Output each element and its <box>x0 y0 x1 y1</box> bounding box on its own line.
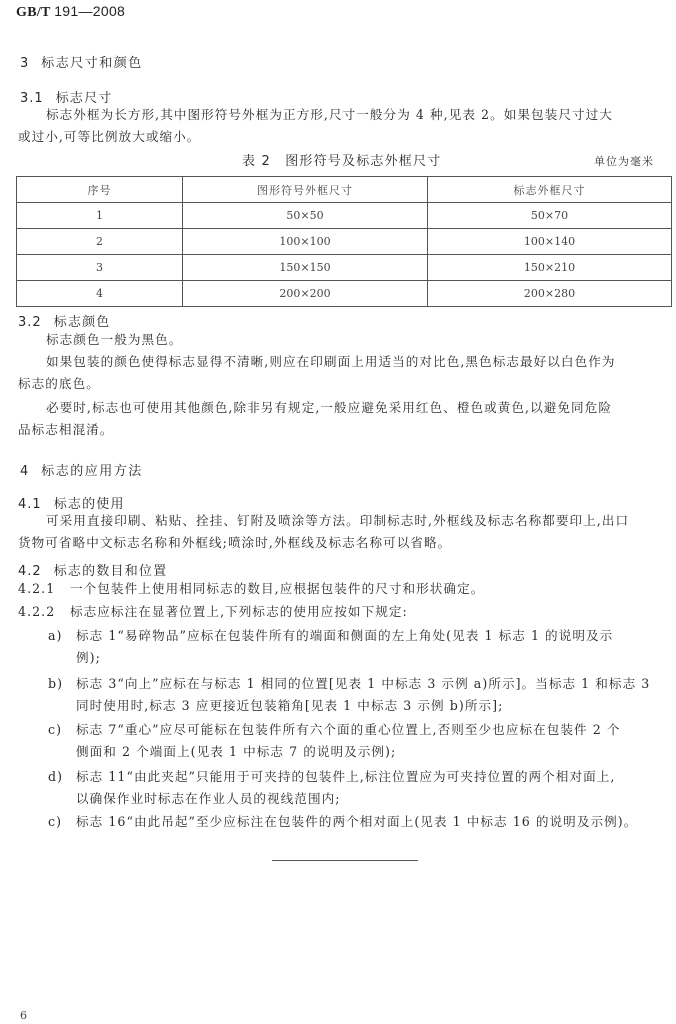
list-text: 标志 11“由此夹起”只能用于可夹持的包装件上,标注位置应为可夹持位置的两个相对… <box>76 769 615 784</box>
list-item: b)标志 3“向上”应标在与标志 1 相同的位置[见表 1 中标志 3 示例 a… <box>48 673 650 695</box>
section-number: 4.1 <box>18 497 42 512</box>
section-4-2-heading: 4.2标志的数目和位置 <box>18 560 167 579</box>
list-text: 标志 7“重心”应尽可能标在包装件所有六个面的重心位置上,否则至少也应标在包装件… <box>76 722 621 737</box>
list-item: a)标志 1“易碎物品”应标在包装件所有的端面和侧面的左上角处(见表 1 标志 … <box>48 625 613 647</box>
column-header: 图形符号外框尺寸 <box>183 177 428 203</box>
table-cell: 50×70 <box>428 203 672 229</box>
table-row: 1 50×50 50×70 <box>17 203 672 229</box>
list-text: 标志 3“向上”应标在与标志 1 相同的位置[见表 1 中标志 3 示例 a)所… <box>76 676 650 691</box>
table-header-row: 序号 图形符号外框尺寸 标志外框尺寸 <box>17 177 672 203</box>
paragraph-line: 标志外框为长方形,其中图形符号外框为正方形,尺寸一般分为 4 种,见表 2。如果… <box>46 104 613 126</box>
list-item: c)标志 7“重心”应尽可能标在包装件所有六个面的重心位置上,否则至少也应标在包… <box>48 719 621 741</box>
section-number: 3 <box>20 56 29 71</box>
standard-prefix: GB/T <box>16 5 50 20</box>
page-number: 6 <box>20 1009 27 1022</box>
table-cell: 1 <box>17 203 183 229</box>
section-number: 4.2 <box>18 564 42 579</box>
list-item: d)标志 11“由此夹起”只能用于可夹持的包装件上,标注位置应为可夹持位置的两个… <box>48 766 615 788</box>
clause-4-2-1: 4.2.1一个包装件上使用相同标志的数目,应根据包装件的尺寸和形状确定。 <box>18 578 484 600</box>
table-cell: 4 <box>17 281 183 307</box>
section-number: 3.1 <box>20 91 44 106</box>
table-cell: 3 <box>17 255 183 281</box>
table-cell: 150×210 <box>428 255 672 281</box>
list-label: d) <box>48 766 76 788</box>
list-item-continuation: 例); <box>76 647 101 669</box>
paragraph-line: 标志的底色。 <box>18 373 100 395</box>
section-number: 4 <box>20 464 29 479</box>
paragraph-line: 货物可省略中文标志名称和外框线;喷涂时,外框线及标志名称可以省略。 <box>18 532 451 554</box>
table-cell: 50×50 <box>183 203 428 229</box>
table-cell: 2 <box>17 229 183 255</box>
paragraph-line: 或过小,可等比例放大或缩小。 <box>18 126 200 148</box>
section-3-heading: 3标志尺寸和颜色 <box>20 52 143 71</box>
list-item: c)标志 16“由此吊起”至少应标注在包装件的两个相对面上(见表 1 中标志 1… <box>48 811 637 833</box>
section-title: 标志尺寸和颜色 <box>41 56 143 71</box>
section-title: 标志的应用方法 <box>41 464 143 479</box>
list-text: 标志 16“由此吊起”至少应标注在包装件的两个相对面上(见表 1 中标志 16 … <box>76 814 637 829</box>
paragraph-line: 如果包装的颜色使得标志显得不清晰,则应在印刷面上用适当的对比色,黑色标志最好以白… <box>46 351 616 373</box>
clause-4-2-2: 4.2.2标志应标注在显著位置上,下列标志的使用应按如下规定: <box>18 601 408 623</box>
paragraph-line: 品标志相混淆。 <box>18 419 114 441</box>
list-item-continuation: 同时使用时,标志 3 应更接近包装箱角[见表 1 中标志 3 示例 b)所示]; <box>76 695 503 717</box>
paragraph-line: 可采用直接印刷、粘贴、拴挂、钉附及喷涂等方法。印制标志时,外框线及标志名称都要印… <box>46 510 629 532</box>
list-item-continuation: 侧面和 2 个端面上(见表 1 中标志 7 的说明及示例); <box>76 741 396 763</box>
table-row: 2 100×100 100×140 <box>17 229 672 255</box>
paragraph-line: 标志颜色一般为黑色。 <box>46 329 182 351</box>
column-header: 序号 <box>17 177 183 203</box>
table-cell: 100×100 <box>183 229 428 255</box>
clause-number: 4.2.2 <box>18 601 70 623</box>
column-header: 标志外框尺寸 <box>428 177 672 203</box>
list-label: b) <box>48 673 76 695</box>
end-of-standard-rule <box>272 860 418 861</box>
standard-header: GB/T 191—2008 <box>16 3 125 21</box>
clause-text: 一个包装件上使用相同标志的数目,应根据包装件的尺寸和形状确定。 <box>70 581 484 596</box>
table-cell: 200×280 <box>428 281 672 307</box>
section-number: 3.2 <box>18 315 42 330</box>
table-cell: 100×140 <box>428 229 672 255</box>
section-title: 标志颜色 <box>54 315 111 330</box>
table-row: 3 150×150 150×210 <box>17 255 672 281</box>
standard-number: 191—2008 <box>54 3 125 19</box>
list-item-continuation: 以确保作业时标志在作业人员的视线范围内; <box>76 788 341 810</box>
table-row: 4 200×200 200×280 <box>17 281 672 307</box>
table-unit: 单位为毫米 <box>594 153 654 169</box>
section-4-heading: 4标志的应用方法 <box>20 460 143 479</box>
list-label: c) <box>48 719 76 741</box>
list-label: a) <box>48 625 76 647</box>
section-3-2-heading: 3.2标志颜色 <box>18 311 111 330</box>
dimensions-table: 序号 图形符号外框尺寸 标志外框尺寸 1 50×50 50×70 2 100×1… <box>16 176 672 307</box>
list-label: c) <box>48 811 76 833</box>
table-cell: 200×200 <box>183 281 428 307</box>
section-title: 标志的数目和位置 <box>54 564 168 579</box>
clause-number: 4.2.1 <box>18 578 70 600</box>
table-caption: 表 2 图形符号及标志外框尺寸 <box>242 150 441 169</box>
list-text: 标志 1“易碎物品”应标在包装件所有的端面和侧面的左上角处(见表 1 标志 1 … <box>76 628 613 643</box>
table-cell: 150×150 <box>183 255 428 281</box>
clause-text: 标志应标注在显著位置上,下列标志的使用应按如下规定: <box>70 604 408 619</box>
paragraph-line: 必要时,标志也可使用其他颜色,除非另有规定,一般应避免采用红色、橙色或黄色,以避… <box>46 397 612 419</box>
